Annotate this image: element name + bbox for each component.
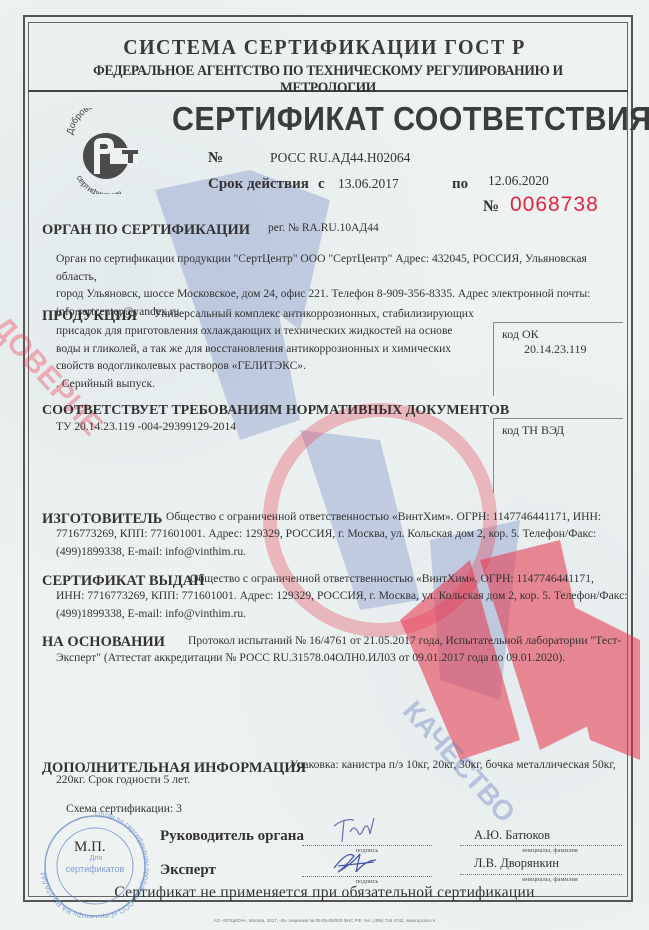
certification-body-label: ОРГАН ПО СЕРТИФИКАЦИИ: [42, 222, 250, 239]
manufacturer-line-1: 7716773269, КПП: 771601001. Адрес: 12932…: [56, 525, 626, 543]
seal-label: М.П.: [74, 839, 106, 856]
issued-to-first-line: Общество с ограниченной ответственностью…: [190, 570, 594, 588]
issued-to-line-1: ИНН: 7716773269, КПП: 771601001. Адрес: …: [56, 587, 631, 605]
issued-to-details: ИНН: 7716773269, КПП: 771601001. Адрес: …: [56, 587, 631, 622]
svg-text:Для: Для: [90, 855, 103, 862]
basis-first-line: Протокол испытаний № 16/4761 от 21.05.20…: [188, 632, 621, 650]
agency-title: ФЕДЕРАЛЬНОЕ АГЕНТСТВО ПО ТЕХНИЧЕСКОМУ РЕ…: [49, 63, 607, 97]
svg-text:Добровольная: Добровольная: [65, 108, 120, 135]
head-label: Руководитель органа: [160, 828, 304, 845]
valid-from-date: 13.06.2017: [338, 176, 399, 192]
product-line-3: свойств водогликолевых растворов «ГЕЛИТЭ…: [56, 357, 476, 375]
release-type: . Серийный выпуск.: [56, 375, 155, 393]
validity-from-label: с: [318, 176, 325, 193]
manufacturer-first-line: Общество с ограниченной ответственностью…: [166, 508, 601, 526]
system-title: СИСТЕМА СЕРТИФИКАЦИИ ГОСТ Р: [16, 35, 633, 60]
expert-name-caption: инициалы, фамилия: [460, 876, 640, 883]
product-line-2: воды и гликолей, а так же для восстановл…: [56, 340, 476, 358]
head-name: А.Ю. Батюков: [474, 828, 550, 843]
footer-note: Сертификат не применяется при обязательн…: [0, 884, 649, 902]
rst-logo-icon: Добровольная сертификация: [64, 108, 152, 194]
certification-body-reg: рег. № RA.RU.10АД44: [268, 222, 379, 234]
validity-label: Срок действия: [208, 176, 309, 193]
ok-code-box: код ОК 20.14.23.119: [493, 322, 623, 396]
expert-name-line: [460, 874, 622, 875]
svg-text:сертификатов: сертификатов: [66, 864, 125, 874]
conformity-label: СООТВЕТСТВУЕТ ТРЕБОВАНИЯМ НОРМАТИВНЫХ ДО…: [42, 403, 509, 419]
additional-info-line-2: 220кг. Срок годности 5 лет.: [56, 771, 190, 789]
validity-to-label: по: [452, 176, 468, 193]
product-line-1: присадок для приготовления охлаждающих и…: [56, 322, 476, 340]
product-description: присадок для приготовления охлаждающих и…: [56, 322, 476, 375]
basis-details: Эксперт" (Аттестат аккредитации № РОСС R…: [56, 649, 631, 667]
ok-code-label: код ОК: [502, 327, 539, 341]
printer-info: АО «ОПЦИОН», Москва, 2017, «Б» лицензия …: [0, 918, 649, 923]
serial-number: 0068738: [510, 193, 599, 217]
number-label: №: [208, 150, 223, 167]
certificate-title: СЕРТИФИКАТ СООТВЕТСТВИЯ: [172, 100, 649, 138]
issued-to-line-2: (499)1899338, E-mail: info@vinthim.ru.: [56, 605, 631, 623]
manufacturer-line-2: (499)1899338, E-mail: info@vinthim.ru.: [56, 543, 626, 561]
serial-label: №: [483, 198, 499, 216]
cb-line-1: Орган по сертификации продукции "СертЦен…: [56, 250, 626, 285]
head-signature-icon: [330, 812, 380, 846]
expert-name: Л.В. Дворянкин: [474, 856, 559, 871]
expert-signature-icon: [328, 846, 380, 878]
head-name-line: [460, 845, 622, 846]
additional-info-first-line: Упаковка: канистра п/э 10кг, 20кг, 30кг,…: [290, 756, 616, 774]
certificate-number: РОСС RU.АД44.Н02064: [270, 150, 410, 166]
cb-line-2: город Ульяновск, шоссе Московское, дом 2…: [56, 285, 626, 303]
tnved-code-label: код ТН ВЭД: [502, 423, 564, 437]
valid-to-date: 12.06.2020: [488, 173, 549, 189]
tnved-code-box: код ТН ВЭД: [493, 418, 623, 493]
manufacturer-details: 7716773269, КПП: 771601001. Адрес: 12932…: [56, 525, 626, 560]
ok-code-value: 20.14.23.119: [502, 342, 623, 357]
expert-label: Эксперт: [160, 862, 216, 879]
head-name-caption: инициалы, фамилия: [460, 847, 640, 854]
basis-line-1: Эксперт" (Аттестат аккредитации № РОСС R…: [56, 649, 631, 667]
product-first-line: Универсальный комплекс антикоррозионных,…: [154, 305, 474, 323]
conformity-document: ТУ 20.14.23.119 -004-29399129-2014: [56, 418, 236, 436]
